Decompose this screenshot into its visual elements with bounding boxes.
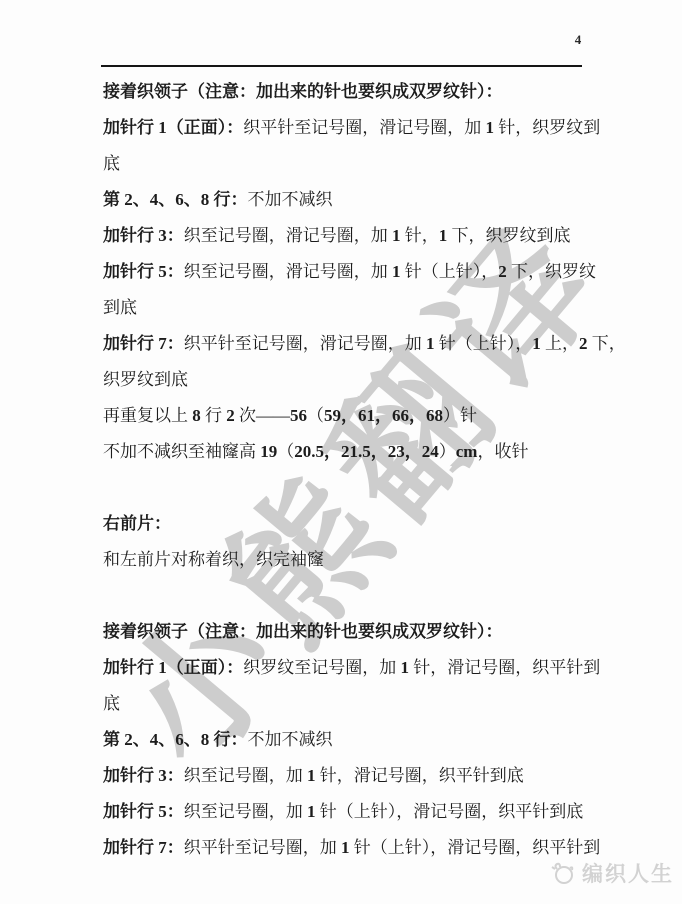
text-run: 1 [532, 334, 541, 353]
text-run: 加针行 3： [103, 226, 184, 245]
text-run: 接着织领子（注意：加出来的针也要织成双罗纹针）： [103, 622, 503, 641]
text-line: 不加不减织至袖窿高 19（20.5，21.5，23，24）cm，收针 [103, 434, 623, 470]
text-run: 不加不减织 [248, 190, 333, 209]
text-run: 针（上针），滑记号圈，织平针到底 [316, 802, 584, 821]
text-run: 第 2、4、6、8 行： [103, 190, 248, 209]
text-run: 行 [201, 406, 227, 425]
text-run: 织平针至记号圈，滑记号圈，加 [184, 334, 426, 353]
text-run: 再重复以上 [103, 406, 192, 425]
text-run: 1 [401, 658, 410, 677]
text-line: 底 [103, 146, 623, 182]
text-run: 2 [498, 262, 507, 281]
text-line: 织罗纹到底 [103, 362, 623, 398]
text-line: 加针行 5：织至记号圈，加 1 针（上针），滑记号圈，织平针到底 [103, 794, 623, 830]
text-run: 不加不减织 [248, 730, 333, 749]
text-run: 接着织领子（注意：加出来的针也要织成双罗纹针）： [103, 82, 503, 101]
text-line: 加针行 7：织平针至记号圈，加 1 针（上针），滑记号圈，织平针到 [103, 830, 623, 866]
text-run: 1 [439, 226, 448, 245]
text-line: 第 2、4、6、8 行：不加不减织 [103, 722, 623, 758]
text-line: 和左前片对称着织，织完袖窿 [103, 542, 623, 578]
text-run: ，收针 [477, 442, 528, 461]
text-line: 加针行 5：织至记号圈，滑记号圈，加 1 针（上针），2 下，织罗纹 [103, 254, 623, 290]
text-run: 1 [392, 262, 401, 281]
text-line: 右前片： [103, 506, 623, 542]
text-run: 右前片： [103, 514, 171, 533]
corner-watermark-text: 编织人生 [582, 858, 674, 888]
text-run: 1 [341, 838, 350, 857]
document-body: 接着织领子（注意：加出来的针也要织成双罗纹针）：加针行 1（正面）：织平针至记号… [103, 74, 623, 866]
text-run: 针（上针）， [401, 262, 499, 281]
text-run: 织至记号圈，加 [184, 766, 307, 785]
text-run: 织罗纹至记号圈，加 [243, 658, 400, 677]
text-line: 接着织领子（注意：加出来的针也要织成双罗纹针）： [103, 614, 623, 650]
blank-line [103, 470, 623, 506]
text-run: （ [307, 406, 324, 425]
text-line: 再重复以上 8 行 2 次——56（59，61，66，68）针 [103, 398, 623, 434]
text-run: 1 [307, 802, 316, 821]
text-line: 加针行 3：织至记号圈，加 1 针，滑记号圈，织平针到底 [103, 758, 623, 794]
page-number: 4 [568, 32, 588, 48]
text-run: 织平针至记号圈，加 [184, 838, 341, 857]
text-run: 8 [192, 406, 201, 425]
text-run: 加针行 7： [103, 838, 184, 857]
text-line: 加针行 3：织至记号圈，滑记号圈，加 1 针，1 下，织罗纹到底 [103, 218, 623, 254]
header-rule [101, 65, 582, 67]
text-run: 针， [401, 226, 439, 245]
text-run: 下，织罗纹 [507, 262, 596, 281]
blank-line [103, 578, 623, 614]
text-run: 下，织罗纹到底 [447, 226, 570, 245]
text-run: 针，滑记号圈，织平针到 [409, 658, 600, 677]
text-run: 织至记号圈，滑记号圈，加 [184, 226, 392, 245]
text-run: 1 [486, 118, 495, 137]
text-line: 加针行 7：织平针至记号圈，滑记号圈，加 1 针（上针），1 上，2 下， [103, 326, 623, 362]
document-page: 4 小熊翻译 接着织领子（注意：加出来的针也要织成双罗纹针）：加针行 1（正面）… [0, 0, 682, 904]
text-run: 下， [588, 334, 626, 353]
text-run: 加针行 7： [103, 334, 184, 353]
text-line: 接着织领子（注意：加出来的针也要织成双罗纹针）： [103, 74, 623, 110]
text-run: 2 [226, 406, 235, 425]
text-run: 针（上针）， [435, 334, 533, 353]
text-run: 19 [260, 442, 277, 461]
text-run: 第 2、4、6、8 行： [103, 730, 248, 749]
text-run: 上， [541, 334, 579, 353]
text-run: 加针行 1（正面）： [103, 118, 243, 137]
sheep-logo-icon [550, 860, 576, 886]
text-line: 底 [103, 686, 623, 722]
text-run: ） [439, 442, 456, 461]
text-run: 织至记号圈，滑记号圈，加 [184, 262, 392, 281]
text-line: 第 2、4、6、8 行：不加不减织 [103, 182, 623, 218]
text-run: 到底 [103, 298, 137, 317]
text-run: ）针 [443, 406, 477, 425]
text-run: 加针行 5： [103, 262, 184, 281]
text-run: 1 [426, 334, 435, 353]
text-run: 加针行 3： [103, 766, 184, 785]
text-run: 加针行 1（正面）： [103, 658, 243, 677]
text-run: 20.5，21.5，23，24 [294, 442, 439, 461]
text-run: 56 [290, 406, 307, 425]
text-line: 到底 [103, 290, 623, 326]
text-run: 织至记号圈，加 [184, 802, 307, 821]
text-run: 织平针至记号圈，滑记号圈，加 [243, 118, 485, 137]
text-run: 不加不减织至袖窿高 [103, 442, 260, 461]
text-run: 针，织罗纹到 [494, 118, 600, 137]
text-run: 和左前片对称着织，织完袖窿 [103, 550, 324, 569]
text-run: 针，滑记号圈，织平针到底 [316, 766, 524, 785]
text-run: 针（上针），滑记号圈，织平针到 [350, 838, 601, 857]
text-run: 底 [103, 694, 120, 713]
text-run: 2 [579, 334, 588, 353]
text-run: 织罗纹到底 [103, 370, 188, 389]
text-run: 底 [103, 154, 120, 173]
text-run: 加针行 5： [103, 802, 184, 821]
text-run: （ [277, 442, 294, 461]
text-line: 加针行 1（正面）：织罗纹至记号圈，加 1 针，滑记号圈，织平针到 [103, 650, 623, 686]
text-run: 1 [307, 766, 316, 785]
text-line: 加针行 1（正面）：织平针至记号圈，滑记号圈，加 1 针，织罗纹到 [103, 110, 623, 146]
text-run: cm [456, 442, 478, 461]
text-run: 1 [392, 226, 401, 245]
text-run: 次—— [235, 406, 290, 425]
corner-watermark: 编织人生 [550, 856, 674, 890]
text-run: 59，61，66，68 [324, 406, 443, 425]
